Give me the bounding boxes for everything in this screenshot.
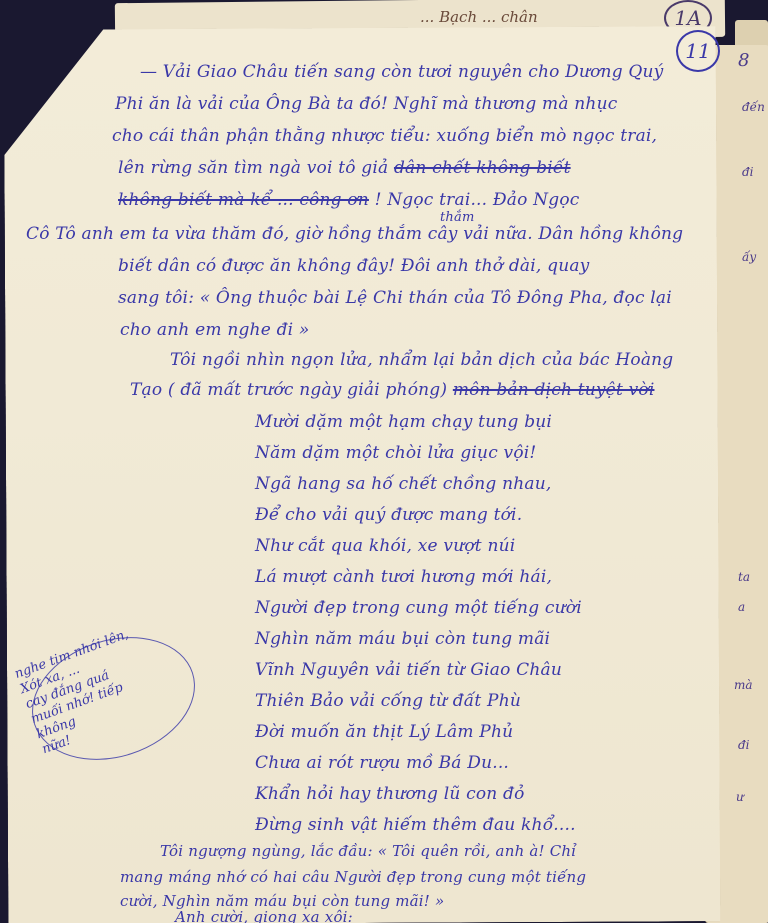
prose-line-4: lên rừng săn tìm ngà voi tô giả dân chết… bbox=[118, 158, 571, 178]
prose-line-3: cho cái thân phận thằng nhược tiểu: xuốn… bbox=[112, 126, 657, 146]
struck-text-3: môn bản dịch tuyệt vời bbox=[453, 380, 655, 400]
prose-line-10: Tôi ngồi nhìn ngọn lửa, nhẩm lại bản dịc… bbox=[170, 350, 673, 370]
prose-line-2: Phi ăn là vải của Ông Bà ta đó! Nghĩ mà … bbox=[115, 94, 617, 114]
poem-line-3: Ngã hang sa hố chết chồng nhau, bbox=[255, 474, 552, 494]
prose-line-5-text: Ngọc trai... Đảo Ngọc bbox=[387, 190, 579, 210]
closing-line-2: mang máng nhớ có hai câu Người đẹp trong… bbox=[120, 868, 586, 886]
edge-fragment-4: ta bbox=[738, 570, 750, 584]
next-page-number: 8 bbox=[738, 50, 749, 71]
poem-line-12: Chưa ai rót rượu mồ Bá Du... bbox=[255, 753, 509, 773]
edge-fragment-3: ấy bbox=[742, 250, 756, 264]
edge-fragment-7: đi bbox=[738, 738, 750, 752]
prose-line-8: sang tôi: « Ông thuộc bài Lệ Chi thán củ… bbox=[118, 288, 672, 308]
edge-fragment-1: đến bbox=[742, 100, 765, 114]
prose-line-9: cho anh em nghe đi » bbox=[120, 320, 310, 340]
poem-line-5: Như cắt qua khói, xe vượt núi bbox=[255, 536, 515, 556]
struck-text-1: dân chết không biết bbox=[394, 158, 571, 178]
prose-line-6-text: em ta vừa thăm đó, giờ hồng thắm cây vải… bbox=[120, 224, 684, 244]
left-margin-insert: Cô Tô anh bbox=[26, 224, 114, 244]
poem-line-7: Người đẹp trong cung một tiếng cười bbox=[255, 598, 582, 618]
edge-fragment-2: đi bbox=[742, 165, 754, 179]
poem-line-10: Thiên Bảo vải cống từ đất Phù bbox=[255, 691, 521, 711]
page-number: 11 bbox=[676, 30, 720, 72]
poem-line-4: Để cho vải quý được mang tới. bbox=[255, 505, 522, 525]
prose-line-11-text: Tạo ( đã mất trước ngày giải phóng) bbox=[130, 380, 447, 400]
poem-line-13: Khẩn hỏi hay thương lũ con đỏ bbox=[255, 784, 525, 804]
edge-fragment-6: mà bbox=[734, 678, 753, 692]
insert-above: thắm bbox=[440, 210, 474, 225]
poem-line-8: Nghìn năm máu bụi còn tung mãi bbox=[255, 629, 550, 649]
header-note: ... Bạch ... chân bbox=[420, 8, 538, 26]
poem-line-2: Năm dặm một chòi lửa giục vội! bbox=[255, 443, 536, 463]
edge-fragment-5: a bbox=[738, 600, 745, 614]
closing-line-1: Tôi ngượng ngùng, lắc đầu: « Tôi quên rồ… bbox=[160, 842, 576, 860]
closing-line-4: Anh cười, giọng xa xôi: bbox=[175, 908, 353, 923]
edge-fragment-8: ư bbox=[736, 790, 744, 804]
poem-line-9: Vĩnh Nguyên vải tiến từ Giao Châu bbox=[255, 660, 562, 680]
prose-line-6: Cô Tô anh em ta vừa thăm đó, giờ hồng th… bbox=[26, 224, 683, 244]
poem-line-6: Lá mượt cành tươi hương mới hái, bbox=[255, 567, 552, 587]
poem-line-14: Đừng sinh vật hiếm thêm đau khổ.... bbox=[255, 815, 576, 835]
prose-line-5: không biết mà kể ... công ơn ! Ngọc trai… bbox=[118, 190, 579, 210]
struck-text-2: không biết mà kể ... công ơn bbox=[118, 190, 369, 210]
prose-line-11: Tạo ( đã mất trước ngày giải phóng) môn … bbox=[130, 380, 654, 400]
prose-line-7: biết dân có được ăn không đây! Đôi anh t… bbox=[118, 256, 589, 276]
page-number-text: 11 bbox=[685, 39, 710, 63]
prose-line-4-text: lên rừng săn tìm ngà voi tô giả bbox=[118, 158, 388, 178]
poem-line-11: Đời muốn ăn thịt Lý Lâm Phủ bbox=[255, 722, 513, 742]
poem-line-1: Mười dặm một hạm chạy tung bụi bbox=[255, 412, 552, 432]
prose-line-1: — Vải Giao Châu tiến sang còn tươi nguyê… bbox=[140, 62, 663, 82]
